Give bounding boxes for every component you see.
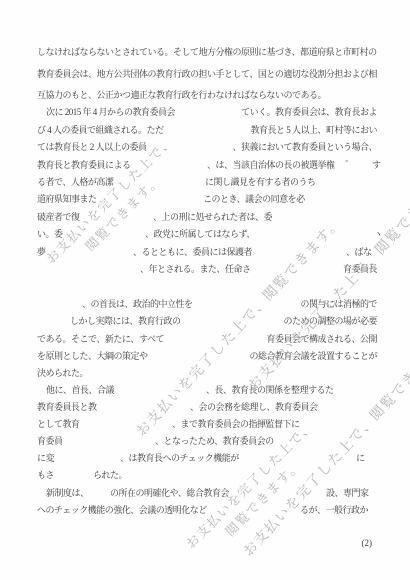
text-line-10: 破産者で復、上の刑に処せられた者は、委 bbox=[0, 210, 410, 222]
text-fragment: 、るとともに、委員には保護者 bbox=[133, 245, 252, 258]
text-fragment: 破産者で復 bbox=[37, 210, 80, 223]
text-line-18: 決められた。 bbox=[0, 366, 410, 378]
text-fragment: 、となったため、教育委員会の bbox=[155, 434, 274, 447]
text-line-7: 教育長と教育委員による、は、当該自治体の長の被選挙権゛す bbox=[0, 158, 410, 170]
text-fragment: である。そこで、新たに、すべて bbox=[37, 332, 164, 345]
text-fragment: す bbox=[372, 158, 381, 171]
text-fragment: へのチェック機能の強化、会議の透明化など bbox=[37, 503, 207, 516]
text-fragment: 教育委員会は、地方公共団体の教育行政の担い手として、国との適切な役割分担および相 bbox=[37, 67, 377, 80]
text-fragment: の所在の明確化や、総合教育会 bbox=[110, 486, 229, 499]
text-fragment: ヽ bbox=[374, 227, 383, 240]
text-fragment: 道府県知事また bbox=[37, 192, 97, 205]
text-fragment: 、長、教育長の関係を整理するた bbox=[206, 383, 334, 396]
text-fragment: い。委 bbox=[37, 227, 63, 240]
text-line-17: を原則とした、大綱の策定やの総合教育会議を設置することが bbox=[0, 349, 410, 361]
text-line-4: 次に 2015 年 4 月からの教育委員会ていく。教育委員会は、教育長およ bbox=[0, 105, 410, 117]
text-fragment: の関与には消極的で bbox=[300, 297, 377, 310]
text-fragment: 、の首長は、政治的中立性を bbox=[82, 297, 193, 310]
text-fragment: ては教育長と 2 人以上の委員 bbox=[37, 140, 147, 153]
text-line-22: 育委員、となったため、教育委員会の bbox=[0, 434, 410, 446]
document-page: (2) しなければならないとされている。そして地方分権の原則に基づき、都道府県と… bbox=[0, 0, 410, 580]
text-line-3: 互協力のもと、公正かつ適正な教育行政を行わなければならないのである。 bbox=[0, 88, 410, 100]
text-fragment: 次に 2015 年 4 月からの教育委員会 bbox=[46, 105, 175, 118]
text-line-9: 道府県知事またこのとき、議会の同意を必 bbox=[0, 192, 410, 204]
text-line-24: もさられた。 bbox=[0, 468, 410, 480]
text-fragment: 、ばな bbox=[346, 245, 372, 258]
text-line-21: として教育、まで教育委員会の指揮監督下に bbox=[0, 417, 410, 429]
text-line-26: へのチェック機能の強化、会議の透明化などるが、一般行政か bbox=[0, 503, 410, 515]
text-fragment: 、は、当該自治体の長の被選挙権 bbox=[207, 158, 335, 171]
text-fragment: 教育長と教育委員による bbox=[37, 158, 131, 171]
text-line-5: び 4 人の委員で組織される。ただ教育長と 5 人以上、町村等におい bbox=[0, 123, 410, 135]
text-line-12: 夢、るとともに、委員には保護者、ばな bbox=[0, 245, 410, 257]
text-line-1: しなければならないとされている。そして地方分権の原則に基づき、都道府県と市町村の bbox=[0, 45, 410, 57]
text-line-6: ては教育長と 2 人以上の委員、狭義において教育委員という場合、 bbox=[0, 140, 410, 152]
text-line-13: 、年とされる。また、任命さ育委員長 bbox=[0, 262, 410, 274]
text-fragment: 新制度は、 bbox=[46, 486, 89, 499]
text-fragment: 、は教育長へのチェック機能が bbox=[120, 451, 239, 464]
text-fragment: として教育 bbox=[37, 417, 80, 430]
text-fragment: 決められた。 bbox=[37, 366, 88, 379]
text-line-25: 新制度は、の所在の明確化や、総合教育会設、専門家 bbox=[0, 486, 410, 498]
text-fragment: このとき、議会の同意を必 bbox=[203, 192, 305, 205]
text-line-14: 、の首長は、政治的中立性をの関与には消極的で bbox=[0, 297, 410, 309]
payment-watermark: お支払いを完了した上で、閲覧できます。 bbox=[42, 132, 192, 282]
text-fragment: もさ bbox=[37, 468, 54, 481]
text-fragment: 育委員長 bbox=[343, 262, 377, 275]
text-fragment: られた。 bbox=[93, 468, 127, 481]
text-fragment: 、会の会務を総理し、教育委員会 bbox=[190, 400, 318, 413]
text-fragment: 設、専門家 bbox=[326, 486, 369, 499]
text-fragment: 夢 bbox=[37, 245, 46, 258]
text-fragment: 他に、首長、合議 bbox=[46, 383, 114, 396]
text-fragment: の総合教育会議を設置することが bbox=[249, 349, 377, 362]
text-fragment: 、まで教育委員会の指揮監督下に bbox=[172, 417, 300, 430]
text-line-11: い。委、政党に所属してはならず、ヽ bbox=[0, 227, 410, 239]
text-fragment: しかし実際には、教育行政の bbox=[70, 314, 181, 327]
text-fragment: るが、一般行政か bbox=[300, 503, 368, 516]
text-line-15: しかし実際には、教育行政ののための調整の場が必要 bbox=[0, 314, 410, 326]
text-fragment: を原則とした、大綱の策定や bbox=[37, 349, 148, 362]
text-line-8: る者で、人格が高潔に関し識見を有する者のうち bbox=[0, 175, 410, 187]
text-fragment: 育委員 bbox=[37, 434, 63, 447]
text-line-23: に変、は教育長へのチェック機能がに bbox=[0, 451, 410, 463]
text-fragment: に関し識見を有する者のうち bbox=[205, 175, 316, 188]
text-fragment: 、政党に所属してはならず、 bbox=[145, 227, 255, 240]
text-fragment: 、年とされる。また、任命さ bbox=[140, 262, 251, 275]
text-fragment: 教育長と 5 人以上、町村等におい bbox=[250, 123, 377, 136]
text-fragment: 、狭義において教育委員という場合、 bbox=[232, 140, 377, 153]
text-fragment: 教育委員長と教 bbox=[37, 400, 97, 413]
text-fragment: る者で、人格が高潔 bbox=[37, 175, 113, 188]
page-number: (2) bbox=[362, 538, 373, 548]
text-line-2: 教育委員会は、地方公共団体の教育行政の担い手として、国との適切な役割分担および相 bbox=[0, 67, 410, 79]
text-fragment: 互協力のもと、公正かつ適正な教育行政を行わなければならないのである。 bbox=[37, 88, 326, 101]
text-fragment: に変 bbox=[37, 451, 54, 464]
text-fragment: しなければならないとされている。そして地方分権の原則に基づき、都道府県と市町村の bbox=[37, 45, 377, 58]
text-fragment: 、上の刑に処せられた者は、委 bbox=[153, 210, 272, 223]
text-fragment: に bbox=[356, 451, 365, 464]
text-fragment: ていく。教育委員会は、教育長およ bbox=[241, 105, 377, 118]
text-fragment: び 4 人の委員で組織される。ただ bbox=[37, 123, 164, 136]
text-line-16: である。そこで、新たに、すべて育委員会で構成される、公開 bbox=[0, 332, 410, 344]
text-fragment: 育委員会で構成される、公開 bbox=[266, 332, 377, 345]
text-line-20: 教育委員長と教、会の会務を総理し、教育委員会 bbox=[0, 400, 410, 412]
text-fragment: のための調整の場が必要 bbox=[283, 314, 377, 327]
text-line-19: 他に、首長、合議、長、教育長の関係を整理するた bbox=[0, 383, 410, 395]
text-fragment: ゛ bbox=[345, 158, 354, 171]
